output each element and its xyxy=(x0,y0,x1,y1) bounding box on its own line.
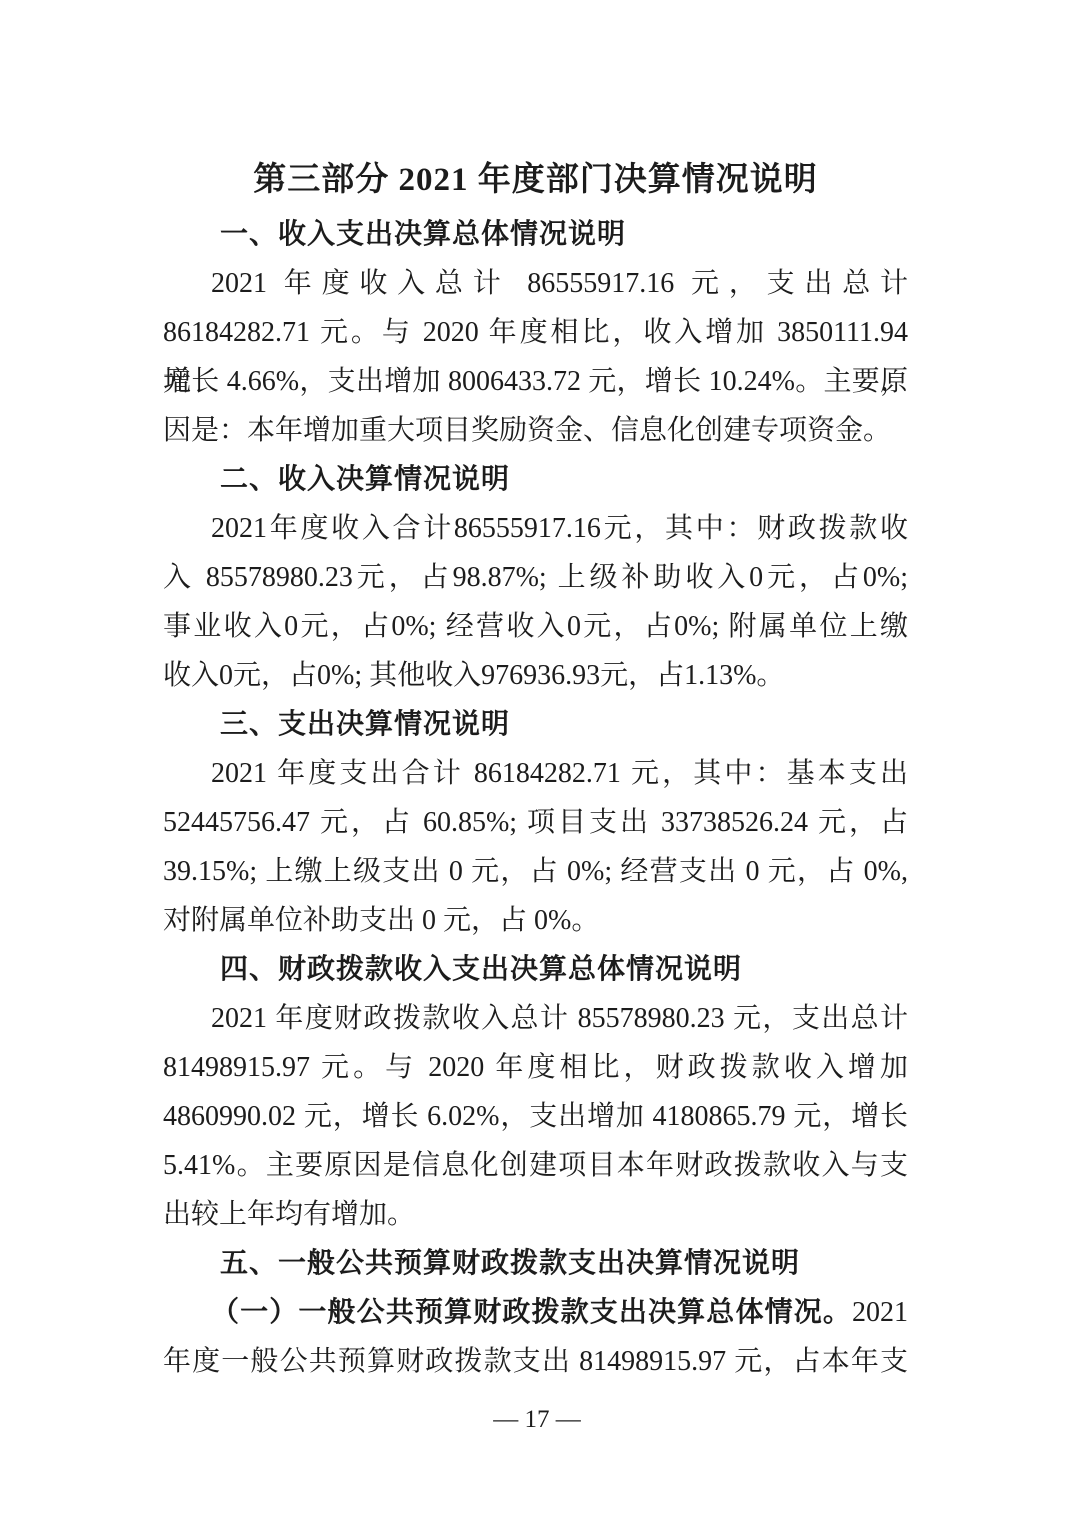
text-run: 出较上年均有增加。 xyxy=(163,1199,415,1230)
text-run: 因是：本年增加重大项目奖励资金、信息化创建专项资金。 xyxy=(163,415,891,446)
text-run: 2021 xyxy=(852,1297,908,1328)
bold-text-run: （一）一般公共预算财政拨款支出决算总体情况。 xyxy=(211,1297,852,1328)
paragraph-line: （一）一般公共预算财政拨款支出决算总体情况。2021 xyxy=(163,1288,908,1337)
document-title: 第三部分 2021 年度部门决算情况说明 xyxy=(163,150,908,210)
text-run: 39.15%; 上缴上级支出 0 元，占 0%; 经营支出 0 元，占 0%, xyxy=(163,856,908,887)
document-page: 第三部分 2021 年度部门决算情况说明 一、收入支出决算总体情况说明2021 … xyxy=(0,0,1074,1520)
paragraph-line: 因是：本年增加重大项目奖励资金、信息化创建专项资金。 xyxy=(163,406,908,455)
text-run: 2021 年度财政拨款收入总计 85578980.23 元，支出总计 xyxy=(211,1003,908,1034)
text-run: 2021 年度支出合计 86184282.71 元，其中：基本支出 xyxy=(211,758,908,789)
text-run: 年度一般公共预算财政拨款支出 81498915.97 元，占本年支 xyxy=(163,1346,908,1377)
paragraph-line: 52445756.47 元，占 60.85%; 项目支出 33738526.24… xyxy=(163,798,908,847)
section-heading: 一、收入支出决算总体情况说明 xyxy=(163,210,908,259)
text-run: 81498915.97 元。与 2020 年度相比，财政拨款收入增加 xyxy=(163,1052,908,1083)
section-heading: 五、一般公共预算财政拨款支出决算情况说明 xyxy=(163,1239,908,1288)
text-run: 增长 4.66%，支出增加 8006433.72 元，增长 10.24%。主要原 xyxy=(163,366,908,397)
text-run: 入 85578980.23元，占98.87%; 上级补助收入0元，占0%; xyxy=(163,562,908,593)
text-run: 2021年度收入合计86555917.16元，其中：财政拨款收 xyxy=(211,513,908,544)
section-heading: 三、支出决算情况说明 xyxy=(163,700,908,749)
text-run: 52445756.47 元，占 60.85%; 项目支出 33738526.24… xyxy=(163,807,908,838)
paragraph-line: 年度一般公共预算财政拨款支出 81498915.97 元，占本年支 xyxy=(163,1337,908,1386)
paragraph-line: 2021年度收入合计86555917.16元，其中：财政拨款收 xyxy=(163,504,908,553)
paragraph-line: 2021 年度收入总计 86555917.16 元，支出总计 xyxy=(163,259,908,308)
paragraph-line: 2021 年度财政拨款收入总计 85578980.23 元，支出总计 xyxy=(163,994,908,1043)
paragraph-line: 入 85578980.23元，占98.87%; 上级补助收入0元，占0%; xyxy=(163,553,908,602)
paragraph-line: 收入0元，占0%; 其他收入976936.93元，占1.13%。 xyxy=(163,651,908,700)
paragraph-line: 2021 年度支出合计 86184282.71 元，其中：基本支出 xyxy=(163,749,908,798)
section-heading: 二、收入决算情况说明 xyxy=(163,455,908,504)
text-run: 4860990.02 元，增长 6.02%，支出增加 4180865.79 元，… xyxy=(163,1101,908,1132)
paragraph-line: 增长 4.66%，支出增加 8006433.72 元，增长 10.24%。主要原 xyxy=(163,357,908,406)
paragraph-line: 出较上年均有增加。 xyxy=(163,1190,908,1239)
text-run: 收入0元，占0%; 其他收入976936.93元，占1.13%。 xyxy=(163,660,784,691)
document-body: 第三部分 2021 年度部门决算情况说明 一、收入支出决算总体情况说明2021 … xyxy=(163,150,908,1386)
paragraph-line: 5.41%。主要原因是信息化创建项目本年财政拨款收入与支 xyxy=(163,1141,908,1190)
paragraph-line: 4860990.02 元，增长 6.02%，支出增加 4180865.79 元，… xyxy=(163,1092,908,1141)
text-run: 事业收入0元，占0%; 经营收入0元，占0%; 附属单位上缴 xyxy=(163,611,908,642)
text-run: 5.41%。主要原因是信息化创建项目本年财政拨款收入与支 xyxy=(163,1150,908,1181)
section-heading: 四、财政拨款收入支出决算总体情况说明 xyxy=(163,945,908,994)
paragraph-line: 对附属单位补助支出 0 元，占 0%。 xyxy=(163,896,908,945)
text-run: 2021 年度收入总计 86555917.16 元，支出总计 xyxy=(211,268,908,299)
page-number: — 17 — xyxy=(0,1406,1074,1434)
text-run: 对附属单位补助支出 0 元，占 0%。 xyxy=(163,905,599,936)
paragraph-line: 事业收入0元，占0%; 经营收入0元，占0%; 附属单位上缴 xyxy=(163,602,908,651)
paragraph-line: 81498915.97 元。与 2020 年度相比，财政拨款收入增加 xyxy=(163,1043,908,1092)
paragraph-line: 86184282.71 元。与 2020 年度相比，收入增加 3850111.9… xyxy=(163,308,908,357)
paragraph-line: 39.15%; 上缴上级支出 0 元，占 0%; 经营支出 0 元，占 0%, xyxy=(163,847,908,896)
